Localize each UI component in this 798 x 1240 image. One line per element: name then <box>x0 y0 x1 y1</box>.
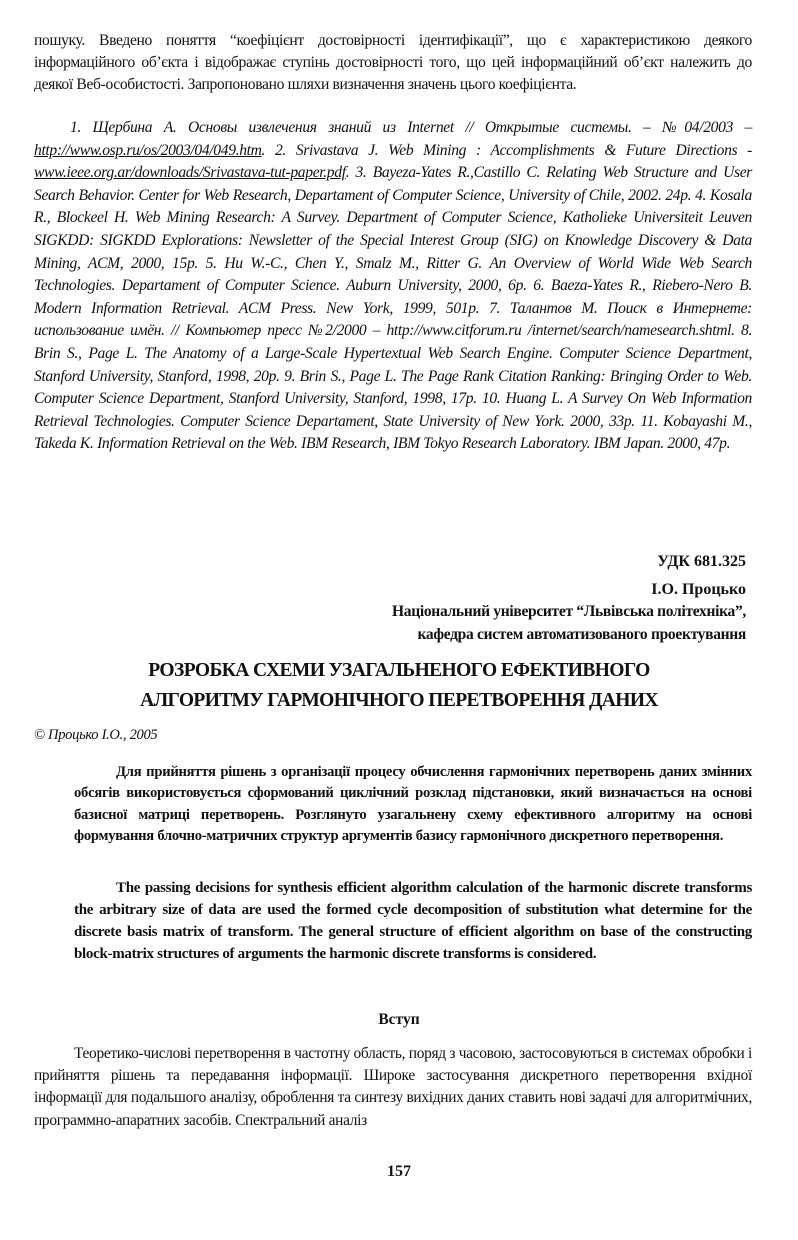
abstract-ukrainian: Для прийняття рішень з організації проце… <box>74 762 752 847</box>
reference-2-text: . 2. Srivastava J. Web Mining : Accompli… <box>262 142 752 159</box>
copyright-notice: © Процько І.О., 2005 <box>34 727 157 744</box>
body-paragraph: Теоретико-числові перетворення в частотн… <box>34 1043 752 1132</box>
article-title: РОЗРОБКА СХЕМИ УЗАГАЛЬНЕНОГО ЕФЕКТИВНОГО… <box>0 656 798 716</box>
udk-code: УДК 681.325 <box>657 553 746 571</box>
references-text: 1. Щербина А. Основы извлечения знаний и… <box>34 117 752 456</box>
body-paragraph-text: Теоретико-числові перетворення в частотн… <box>34 1043 752 1132</box>
document-page: пошуку. Введено поняття “коефіцієнт дост… <box>0 0 798 1240</box>
affiliation-department: кафедра систем автоматизованого проектув… <box>392 623 746 646</box>
title-line-1: РОЗРОБКА СХЕМИ УЗАГАЛЬНЕНОГО ЕФЕКТИВНОГО <box>0 656 798 686</box>
affiliation-university: Національний університет “Львівська полі… <box>392 600 746 623</box>
references-list: 1. Щербина А. Основы извлечения знаний и… <box>34 117 752 456</box>
reference-1-link[interactable]: http://www.osp.ru/os/2003/04/049.htm <box>34 142 262 159</box>
references-rest: . 3. Bayeza-Yates R.,Castillo C. Relatin… <box>34 164 752 452</box>
abstract-english: The passing decisions for synthesis effi… <box>74 877 752 965</box>
title-line-2: АЛГОРИТМУ ГАРМОНІЧНОГО ПЕРЕТВОРЕННЯ ДАНИ… <box>0 686 798 716</box>
section-heading: Вступ <box>0 1011 798 1029</box>
author-name: І.О. Процько <box>651 581 746 599</box>
intro-text: пошуку. Введено поняття “коефіцієнт дост… <box>34 30 752 96</box>
intro-paragraph: пошуку. Введено поняття “коефіцієнт дост… <box>34 30 752 96</box>
reference-2-link[interactable]: www.ieee.org.ar/downloads/Srivastava-tut… <box>34 164 346 181</box>
page-number: 157 <box>0 1163 798 1181</box>
abstract-english-text: The passing decisions for synthesis effi… <box>74 877 752 965</box>
abstract-ukrainian-text: Для прийняття рішень з організації проце… <box>74 762 752 847</box>
reference-1-text: 1. Щербина А. Основы извлечения знаний и… <box>70 119 752 136</box>
author-affiliation: Національний університет “Львівська полі… <box>392 600 746 646</box>
